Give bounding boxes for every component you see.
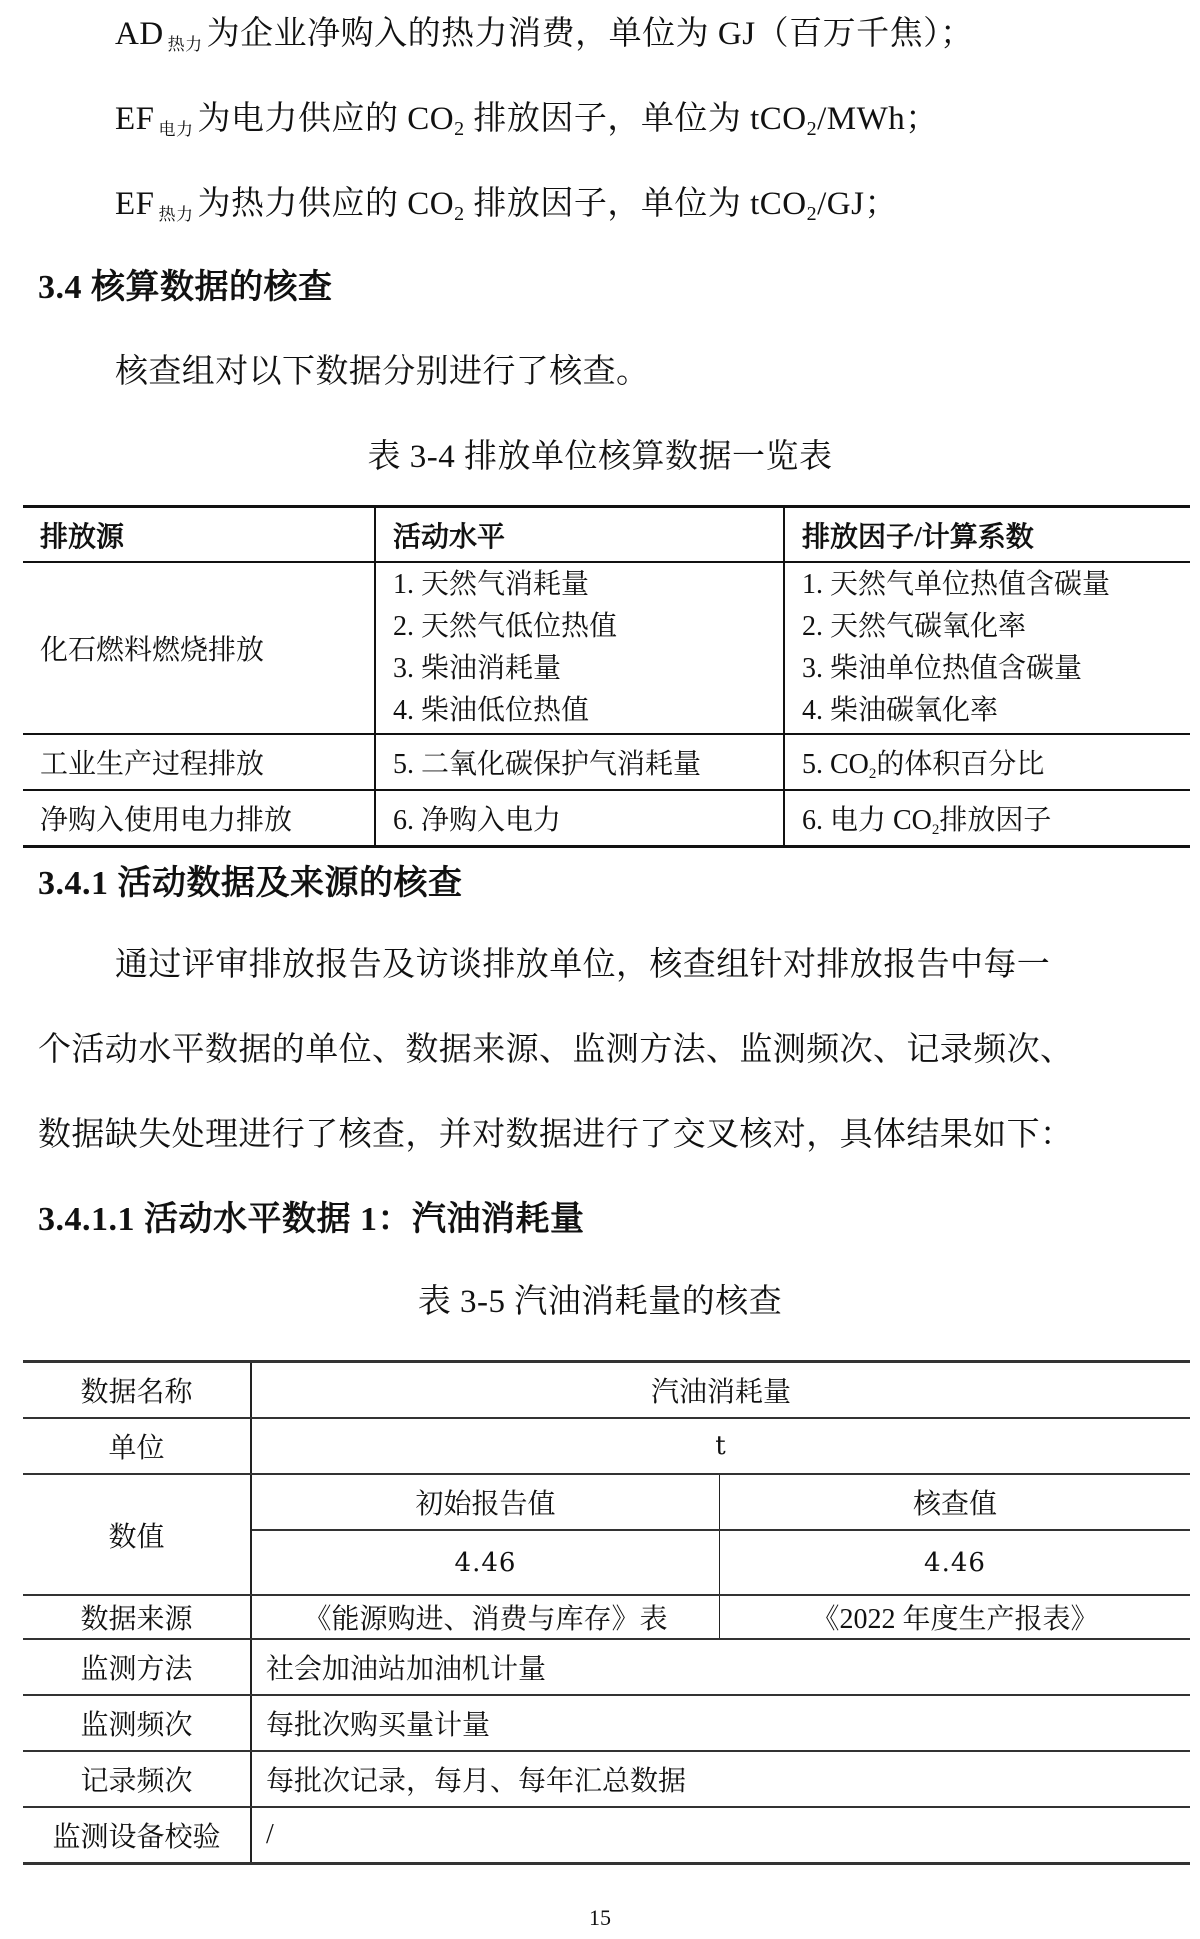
definition-text: /MWh； [817,101,939,137]
definition-text: /GJ； [817,186,898,222]
value-split: 初始报告值 核查值 4.46 4.46 [252,1475,1190,1594]
table-row: 工业生产过程排放 5. 二氧化碳保护气消耗量 5. CO2的体积百分比 [23,735,1190,791]
cell-source: 化石燃料燃烧排放 [23,563,376,733]
table-row: 化石燃料燃烧排放 1. 天然气消耗量 2. 天然气低位热值 3. 柴油消耗量 4… [23,563,1190,735]
label-unit: 单位 [23,1419,252,1473]
label-method: 监测方法 [23,1640,252,1694]
factor-prefix: 6. 电力 CO [802,805,932,836]
value-source: 《能源购进、消费与库存》表 《2022 年度生产报表》 [252,1596,1190,1638]
source-initial: 《能源购进、消费与库存》表 [252,1596,720,1638]
definition-text: 为企业净购入的热力消费，单位为 GJ（百万千焦）； [207,16,974,52]
subscript: 热力 [168,35,203,54]
paragraph-line: 通过评审排放报告及访谈排放单位，核查组针对排放报告中每一 [115,945,1050,985]
section-intro: 核查组对以下数据分别进行了核查。 [115,352,649,392]
value-calibration: / [252,1808,1190,1862]
table-3-5: 数据名称 汽油消耗量 单位 t 数值 初始报告值 核查值 4.46 4.46 数… [23,1360,1190,1865]
cell-factor: 5. CO2的体积百分比 [785,735,1190,789]
table-row-unit: 单位 t [23,1419,1190,1475]
activity-item: 4. 柴油低位热值 [393,690,783,732]
table-row-data-name: 数据名称 汽油消耗量 [23,1363,1190,1419]
paragraph-line: 个活动水平数据的单位、数据来源、监测方法、监测频次、记录频次、 [38,1030,1073,1070]
symbol: EF [115,101,155,137]
label-monitor-frequency: 监测频次 [23,1696,252,1750]
definition-text: 为热力供应的 CO [198,186,455,222]
initial-value: 4.46 [252,1531,720,1594]
table-row-monitor-frequency: 监测频次 每批次购买量计量 [23,1696,1190,1752]
activity-item: 5. 二氧化碳保护气消耗量 [393,742,783,782]
definition-ad-heat: AD热力为企业净购入的热力消费，单位为 GJ（百万千焦）； [115,14,974,65]
verified-value-text: 4.46 [924,1548,986,1578]
factor-item: 4. 柴油碳氧化率 [802,690,1190,732]
header-initial-value: 初始报告值 [252,1475,720,1529]
value-monitor-frequency: 每批次购买量计量 [252,1696,1190,1750]
subscript: 2 [807,118,818,140]
value-record-frequency: 每批次记录，每月、每年汇总数据 [252,1752,1190,1806]
table-row-calibration: 监测设备校验 / [23,1808,1190,1862]
activity-item: 3. 柴油消耗量 [393,648,783,690]
table-row-source: 数据来源 《能源购进、消费与库存》表 《2022 年度生产报表》 [23,1596,1190,1640]
section-heading-3-4: 3.4 核算数据的核查 [38,268,333,308]
subscript: 2 [807,203,818,225]
cell-activity: 5. 二氧化碳保护气消耗量 [376,735,785,789]
label-calibration: 监测设备校验 [23,1808,252,1862]
cell-activity: 1. 天然气消耗量 2. 天然气低位热值 3. 柴油消耗量 4. 柴油低位热值 [376,563,785,733]
source-text: 工业生产过程排放 [40,742,374,782]
cell-factor: 6. 电力 CO2排放因子 [785,791,1190,845]
header-emission-source: 排放源 [23,508,376,561]
paragraph-line: 数据缺失处理进行了核查，并对数据进行了交叉核对，具体结果如下： [38,1115,1073,1155]
value-method: 社会加油站加油机计量 [252,1640,1190,1694]
activity-item: 6. 净购入电力 [393,798,783,838]
header-activity-level: 活动水平 [376,508,785,561]
definition-text: 为电力供应的 CO [198,101,455,137]
factor-suffix: 排放因子 [939,805,1051,836]
header-emission-factor: 排放因子/计算系数 [785,508,1190,561]
label-record-frequency: 记录频次 [23,1752,252,1806]
table-caption-3-4: 表 3-4 排放单位核算数据一览表 [0,437,1200,477]
factor-item: 3. 柴油单位热值含碳量 [802,648,1190,690]
source-text: 净购入使用电力排放 [40,798,374,838]
table-3-4: 排放源 活动水平 排放因子/计算系数 化石燃料燃烧排放 1. 天然气消耗量 2.… [23,505,1190,848]
factor-suffix: 的体积百分比 [876,749,1044,780]
factor-item: 2. 天然气碳氧化率 [802,606,1190,648]
source-verified: 《2022 年度生产报表》 [720,1596,1190,1638]
subscript: 电力 [159,120,194,139]
section-heading-3-4-1: 3.4.1 活动数据及来源的核查 [38,864,463,904]
verified-value: 4.46 [720,1531,1190,1594]
subscript: 2 [454,118,465,140]
table-row-method: 监测方法 社会加油站加油机计量 [23,1640,1190,1696]
subscript: 热力 [159,205,194,224]
cell-source: 净购入使用电力排放 [23,791,376,845]
unit-text: t [715,1431,726,1461]
label-data-name: 数据名称 [23,1363,252,1417]
section-heading-3-4-1-1: 3.4.1.1 活动水平数据 1：汽油消耗量 [38,1200,585,1240]
initial-value-text: 4.46 [455,1548,517,1578]
value-unit: t [252,1419,1190,1473]
factor-prefix: 5. CO [802,749,869,780]
symbol: AD [115,16,164,52]
cell-source: 工业生产过程排放 [23,735,376,789]
value-data-name: 汽油消耗量 [252,1363,1190,1417]
subscript: 2 [454,203,465,225]
table-caption-3-5: 表 3-5 汽油消耗量的核查 [0,1282,1200,1322]
header-verified-value: 核查值 [720,1475,1190,1529]
table-header-row: 排放源 活动水平 排放因子/计算系数 [23,508,1190,563]
table-row: 净购入使用电力排放 6. 净购入电力 6. 电力 CO2排放因子 [23,791,1190,845]
definition-ef-heat: EF热力为热力供应的 CO2 排放因子，单位为 tCO2/GJ； [115,184,898,235]
label-source: 数据来源 [23,1596,252,1638]
table-row-value: 数值 初始报告值 核查值 4.46 4.46 [23,1475,1190,1596]
factor-item: 6. 电力 CO2排放因子 [802,798,1190,839]
symbol: EF [115,186,155,222]
definition-text: 排放因子，单位为 tCO [465,186,807,222]
source-text: 化石燃料燃烧排放 [40,628,374,668]
definition-text: 排放因子，单位为 tCO [465,101,807,137]
cell-activity: 6. 净购入电力 [376,791,785,845]
table-row-record-frequency: 记录频次 每批次记录，每月、每年汇总数据 [23,1752,1190,1808]
factor-item: 5. CO2的体积百分比 [802,742,1190,783]
activity-item: 2. 天然气低位热值 [393,606,783,648]
cell-factor: 1. 天然气单位热值含碳量 2. 天然气碳氧化率 3. 柴油单位热值含碳量 4.… [785,563,1190,733]
factor-item: 1. 天然气单位热值含碳量 [802,564,1190,606]
label-value: 数值 [23,1475,252,1594]
activity-item: 1. 天然气消耗量 [393,564,783,606]
definition-ef-electricity: EF电力为电力供应的 CO2 排放因子，单位为 tCO2/MWh； [115,99,939,150]
page-number: 15 [0,1905,1200,1931]
value-subheader-row: 初始报告值 核查值 [252,1475,1190,1531]
value-data-row: 4.46 4.46 [252,1531,1190,1594]
